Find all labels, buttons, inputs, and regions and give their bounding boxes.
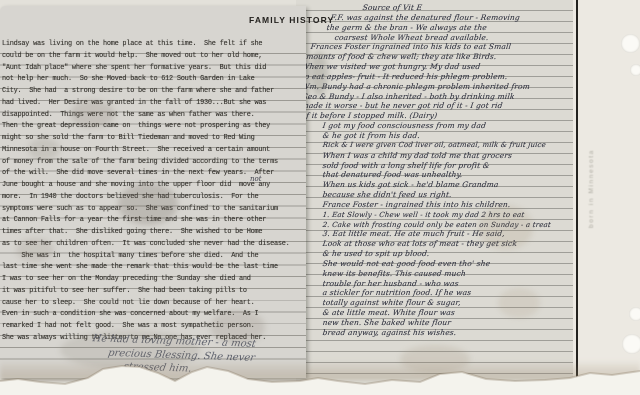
typed-line: City. She had a strong desire to be on t… <box>2 86 304 98</box>
handwritten-line: knew its benefits. This caused much <box>296 269 572 279</box>
typed-line: I was to see her on the Monday preceding… <box>2 274 304 286</box>
typed-line: last time she went she made the remark t… <box>2 262 304 274</box>
handwritten-line: that denatured food was unhealthy. <box>296 170 572 180</box>
handwritten-line: Frances Foster ingrained into his kids t… <box>296 42 572 52</box>
typed-line: it was pitiful to see her suffer. She ha… <box>2 286 304 298</box>
handwritten-line: When us kids got sick - he'd blame Grand… <box>296 180 572 190</box>
bleedthrough-text: born in Minnesota <box>588 118 595 228</box>
tear-stain-band <box>0 360 640 380</box>
handwritten-line: Geo & Bundy - I also inherited - both by… <box>296 92 572 102</box>
handwritten-text: Source of Vit EF.F. was against the dena… <box>296 3 571 338</box>
handwritten-line: because she didn't feed us right. <box>296 190 572 200</box>
typed-line: disappointed. Things were not the same a… <box>2 110 304 122</box>
handwritten-line: Source of Vit E <box>296 3 572 13</box>
handwritten-line: trouble for her husband - who was <box>296 279 572 289</box>
punch-hole <box>630 64 640 76</box>
scanned-album-page: born in Minnesota Source of Vit EF.F. wa… <box>0 0 640 395</box>
handwritten-line: to eat apples- fruit - It reduced his ph… <box>296 72 572 82</box>
handwritten-line: I got my food consciousness from my dad <box>296 121 572 131</box>
handwritten-line: bread anyway, against his wishes. <box>296 328 572 338</box>
typed-line: could be on the farm it would help. She … <box>2 51 304 63</box>
handwritten-line: amounts of food & chew well; they ate li… <box>296 52 572 62</box>
punch-hole <box>629 307 640 321</box>
stain <box>28 138 60 160</box>
page-title: FAMILY HISTORY <box>249 15 334 25</box>
handwritten-line: sold food with a long shelf life for pro… <box>296 161 572 171</box>
handwritten-line: Rick & I were given Cod liver oil, oatme… <box>296 141 572 151</box>
typed-line: had lived. Her Desire was granted in the… <box>2 98 304 110</box>
handwritten-line: the germ & the bran - We always ate the <box>296 23 572 33</box>
handwritten-line: When I was a child my dad told me that g… <box>296 151 572 161</box>
handwritten-line: F.F. was against the denatured flour - R… <box>296 13 572 23</box>
handwritten-line: Wm. Bundy had a chronic phlegm problem i… <box>296 82 572 92</box>
stain <box>310 52 328 96</box>
punch-hole <box>621 34 640 53</box>
stain <box>118 183 178 225</box>
typed-line: "Aunt Idah place" where she spent her fo… <box>2 63 304 75</box>
handwritten-line: & he got it from his dad. <box>296 131 572 141</box>
typed-line: Then the great depression came on things… <box>2 121 304 133</box>
handwritten-line: Look at those who eat lots of meat - the… <box>296 239 572 249</box>
stain <box>478 205 533 250</box>
stain <box>70 100 115 128</box>
handwritten-line: coarsest Whole Wheat bread available. <box>296 33 572 43</box>
stain <box>210 310 265 344</box>
handwritten-line: France Foster - ingrained this into his … <box>296 200 572 210</box>
typed-line: times after that. She disliked going the… <box>2 227 304 239</box>
handwritten-page: Source of Vit EF.F. was against the dena… <box>296 0 573 392</box>
handwritten-line: She would not eat good food even tho' sh… <box>296 259 572 269</box>
punch-hole <box>622 334 640 354</box>
typed-line: Lindsay was living on the home place at … <box>2 39 304 51</box>
handwritten-line: of it before I stopped milk. (Dairy) <box>296 111 572 121</box>
handwritten-line: made it worse - but he never got rid of … <box>296 101 572 111</box>
typed-line: not help her much. So she Moved back to … <box>2 74 304 86</box>
handwritten-line: new then. She baked white flour <box>296 318 572 328</box>
handwritten-line: When we visited we got hungry. My dad us… <box>296 62 572 72</box>
inserted-word-annotation: not <box>250 175 262 183</box>
typed-line: cause her to sleep. She could not lie do… <box>2 298 304 310</box>
page-edge-line <box>576 0 578 380</box>
handwritten-line: & he used to spit up blood. <box>296 249 572 259</box>
stain <box>498 288 540 318</box>
stain <box>16 238 54 262</box>
